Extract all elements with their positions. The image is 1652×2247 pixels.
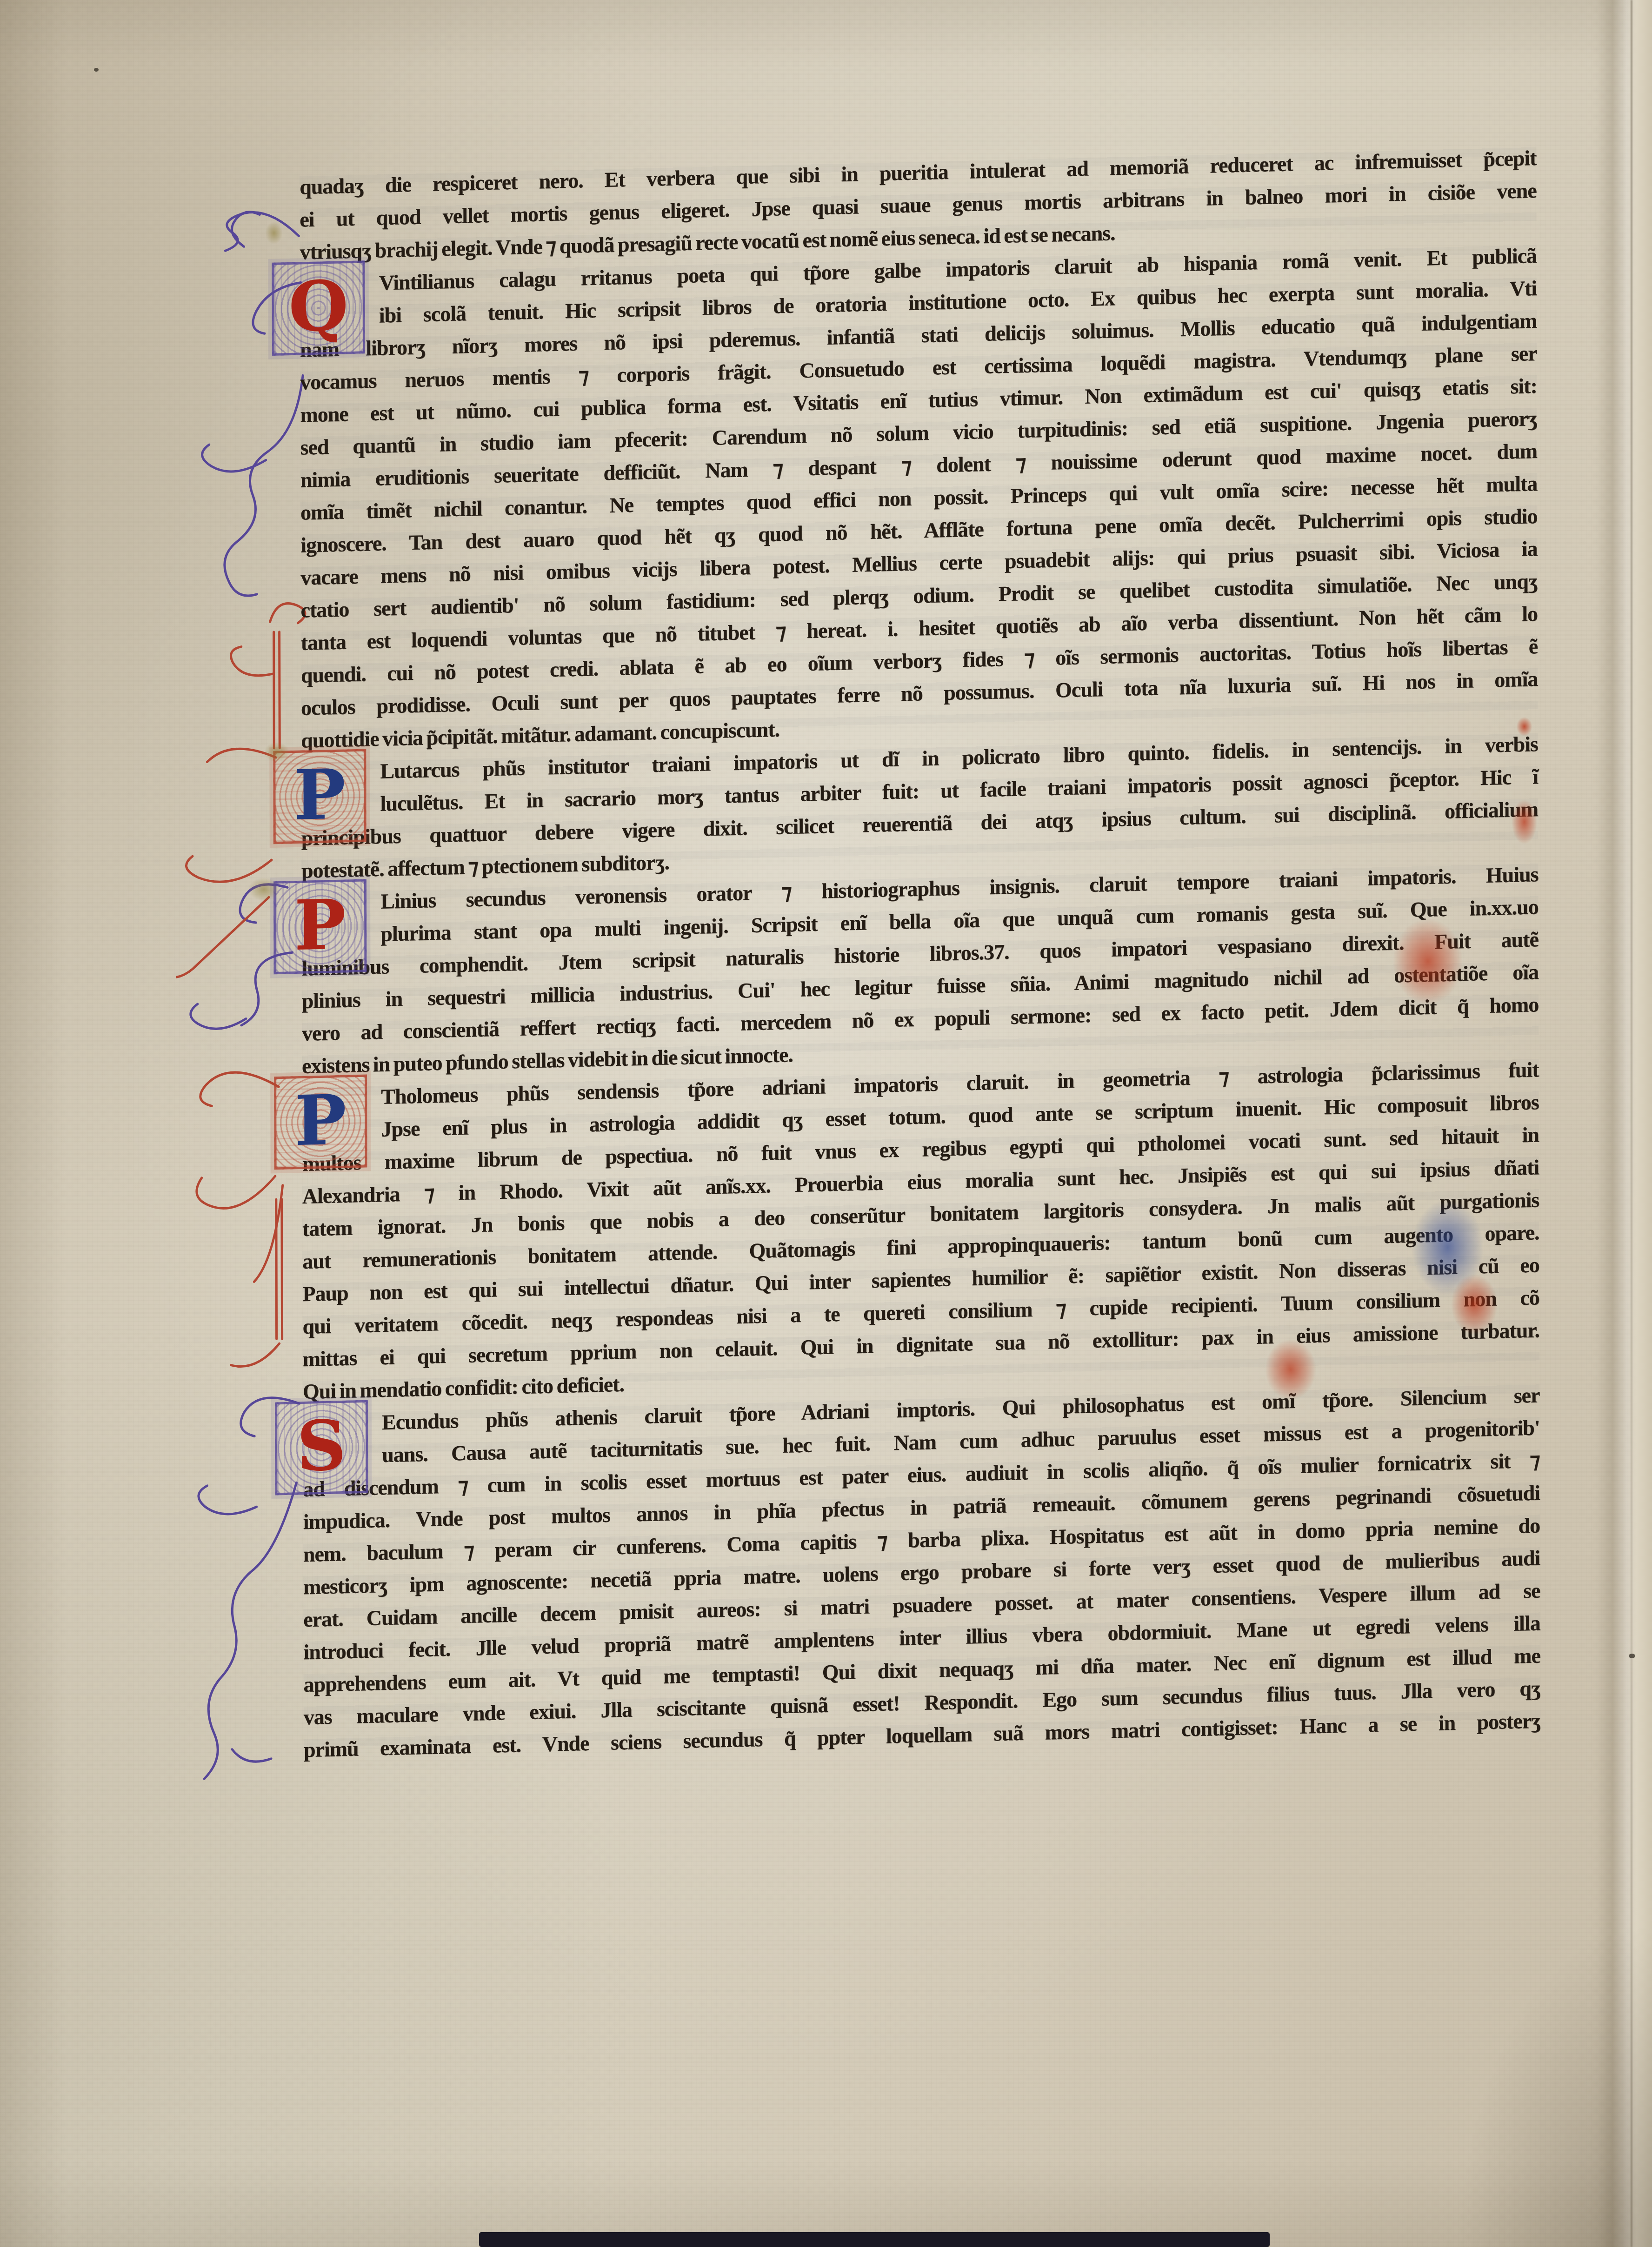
- paper-speck: [1629, 1654, 1635, 1658]
- paragraph-quintilianus: QVintilianus calagu rritanus poeta qui t…: [300, 239, 1538, 757]
- text-block: quadaʒ die respiceret nero. Et verbera q…: [300, 142, 1540, 1766]
- paragraph-plinius: PLinius secundus veronensis orator ⁊ his…: [301, 858, 1539, 1083]
- drop-cap-P: P: [273, 879, 366, 974]
- page: { "page": { "kind": "incunabulum-printed…: [0, 0, 1652, 2247]
- paragraph-ptholomeus: PTholomeus phũs sendensis tp̃ore adriani…: [302, 1053, 1539, 1408]
- fore-edge-seam: [1631, 0, 1632, 2247]
- book-fore-edge: [1596, 0, 1652, 2247]
- drop-cap-P: P: [274, 1075, 367, 1170]
- paragraph-secundus: SEcundus phũs athenis claruit tp̃ore Adr…: [303, 1379, 1540, 1766]
- drop-cap-S: S: [275, 1400, 368, 1496]
- drop-cap-Q: Q: [272, 260, 365, 356]
- paper-speck: [94, 68, 99, 72]
- drop-cap-P: P: [273, 749, 366, 844]
- scan-edge-strip: [479, 2232, 1270, 2247]
